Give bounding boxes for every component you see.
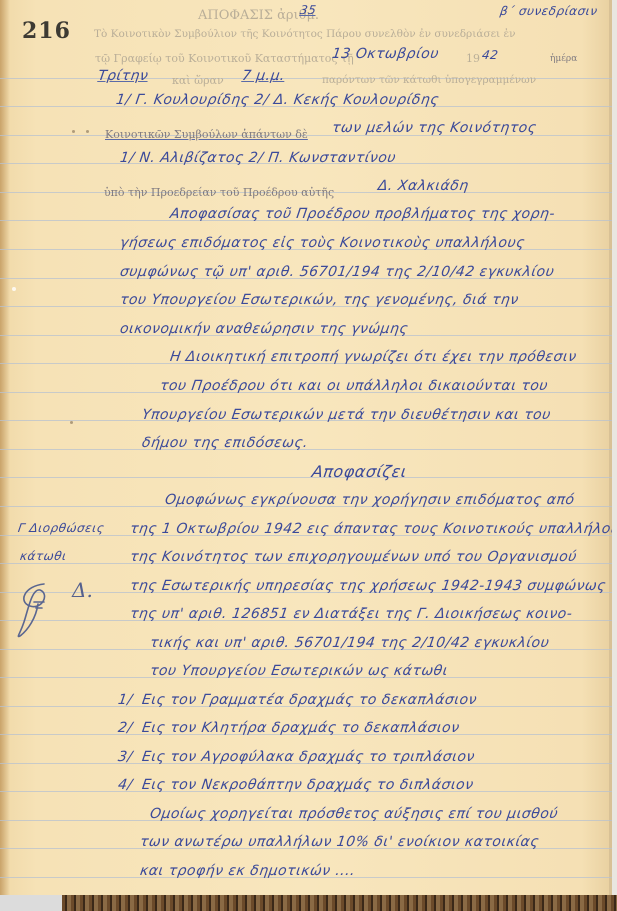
body-line: δήμου της επιδόσεως. xyxy=(141,435,309,451)
body-line: συμφώνως τῷ υπ' αριθ. 56701/194 της 2/10… xyxy=(119,264,556,280)
printed-year-prefix: 19 xyxy=(466,52,480,65)
closing-line: των ανωτέρω υπαλλήλων 10% δι' ενοίκιον κ… xyxy=(139,834,540,850)
decision-line: της Κοινότητος των επιχορηγουμένων υπό τ… xyxy=(129,549,578,565)
printed-hour-label: καὶ ὥραν xyxy=(172,74,224,87)
list-item-text: Εις τον Γραμματέα δραχμάς το δεκαπλάσιον xyxy=(141,692,478,708)
page-number: 216 xyxy=(22,18,71,44)
paper-hole xyxy=(12,287,16,291)
list-item-text: Εις τον Κλητήρα δραχμάς το δεκαπλάσιον xyxy=(141,720,461,736)
members-line-1: 1/ Γ. Κουλουρίδης 2/ Δ. Κεκής Κουλουρίδη… xyxy=(115,92,440,108)
next-page-edge xyxy=(62,895,617,911)
list-item-text: Εις τον Αγροφύλακα δραχμάς το τριπλάσιον xyxy=(141,749,476,765)
signature-icon xyxy=(14,580,60,640)
meeting-hour: 7 μ.μ. xyxy=(241,68,286,84)
meeting-year: 42 xyxy=(481,48,499,62)
body-line: Υπουργείου Εσωτερικών μετά την διευθέτησ… xyxy=(141,407,552,423)
decision-line: της υπ' αριθ. 126851 εν Διατάξει της Γ. … xyxy=(129,606,574,622)
decision-line: του Υπουργείου Εσωτερικών ως κάτωθι xyxy=(149,663,449,679)
printed-day-label: ἡμέρα xyxy=(550,54,577,64)
rule-line xyxy=(0,477,612,478)
decision-number: 35 xyxy=(299,3,317,17)
printed-presidency-label: ὑπὸ τὴν Προεδρείαν τοῦ Προέδρου αὐτῆς xyxy=(104,186,334,199)
ink-speck xyxy=(70,421,73,424)
decision-heading: Αποφασίζει xyxy=(311,462,408,481)
body-line: Η Διοικητική επιτροπή γνωρίζει ότι έχει … xyxy=(169,349,578,365)
decision-line: τικής και υπ' αριθ. 56701/194 της 2/10/4… xyxy=(149,635,550,651)
ink-speck xyxy=(72,130,75,133)
ink-speck xyxy=(86,130,89,133)
closing-line: Ομοίως χορηγείται πρόσθετος αύξησις επί … xyxy=(149,806,559,822)
meeting-weekday: Τρίτην xyxy=(97,68,150,84)
body-line: του Υπουργείου Εσωτερικών, της γενομένης… xyxy=(119,292,520,308)
list-item-number: 2/ xyxy=(117,720,134,736)
decision-line: της Εσωτερικής υπηρεσίας της χρήσεως 194… xyxy=(129,578,607,594)
body-line: οικονομικήν αναθεώρησιν της γνώμης xyxy=(119,321,409,337)
printed-members-label: Κοινοτικῶν Συμβούλων ἁπάντων δὲ xyxy=(105,128,308,141)
decision-line: της 1 Οκτωβρίου 1942 εις άπαντας τους Κο… xyxy=(129,521,612,537)
body-line: γήσεως επιδόματος εἰς τοὺς Κοινοτικοὺς υ… xyxy=(119,235,526,251)
members-line-3: 1/ Ν. Αλιβίζατος 2/ Π. Κωνσταντίνου xyxy=(119,150,397,166)
list-item-number: 4/ xyxy=(117,777,134,793)
printed-form-line2: Τὸ Κοινοτικὸν Συμβούλιον τῆς Κοινότητος … xyxy=(94,28,516,40)
body-line: Αποφασίσας τοῦ Προέδρου προβλήματος της … xyxy=(169,206,556,222)
body-line: του Προέδρου ότι και οι υπάλληλοι δικαιο… xyxy=(159,378,549,394)
margin-initial: Δ. xyxy=(72,578,93,602)
session-type: β΄ συνεδρίασιν xyxy=(499,4,598,18)
printed-present-label: παρόντων τῶν κάτωθι ὑπογεγραμμένων xyxy=(322,74,536,86)
margin-note-line-1: Γ Διορθώσεις xyxy=(17,521,105,535)
decision-line: Ομοφώνως εγκρίνουσα την χορήγησιν επιδόμ… xyxy=(164,492,576,508)
document-page: 216 ΑΠΟΦΑΣΙΣ ἀριθμ. 35 β΄ συνεδρίασιν Τὸ… xyxy=(0,0,612,895)
members-line-2: των μελών της Κοινότητος xyxy=(331,120,538,136)
margin-note-line-2: κάτωθι xyxy=(19,549,68,563)
list-item-text: Εις τον Νεκροθάπτην δραχμάς το διπλάσιον xyxy=(141,777,475,793)
meeting-date: 13 Οκτωβρίου xyxy=(331,46,440,62)
list-item-number: 1/ xyxy=(117,692,134,708)
president-name: Δ. Χαλκιάδη xyxy=(377,178,470,194)
closing-line: και τροφήν εκ δημοτικών .... xyxy=(139,863,357,879)
scan-margin xyxy=(0,895,62,911)
list-item-number: 3/ xyxy=(117,749,134,765)
printed-form-line3: τῷ Γραφείῳ τοῦ Κοινοτικοῦ Καταστήματος τ… xyxy=(95,52,354,65)
